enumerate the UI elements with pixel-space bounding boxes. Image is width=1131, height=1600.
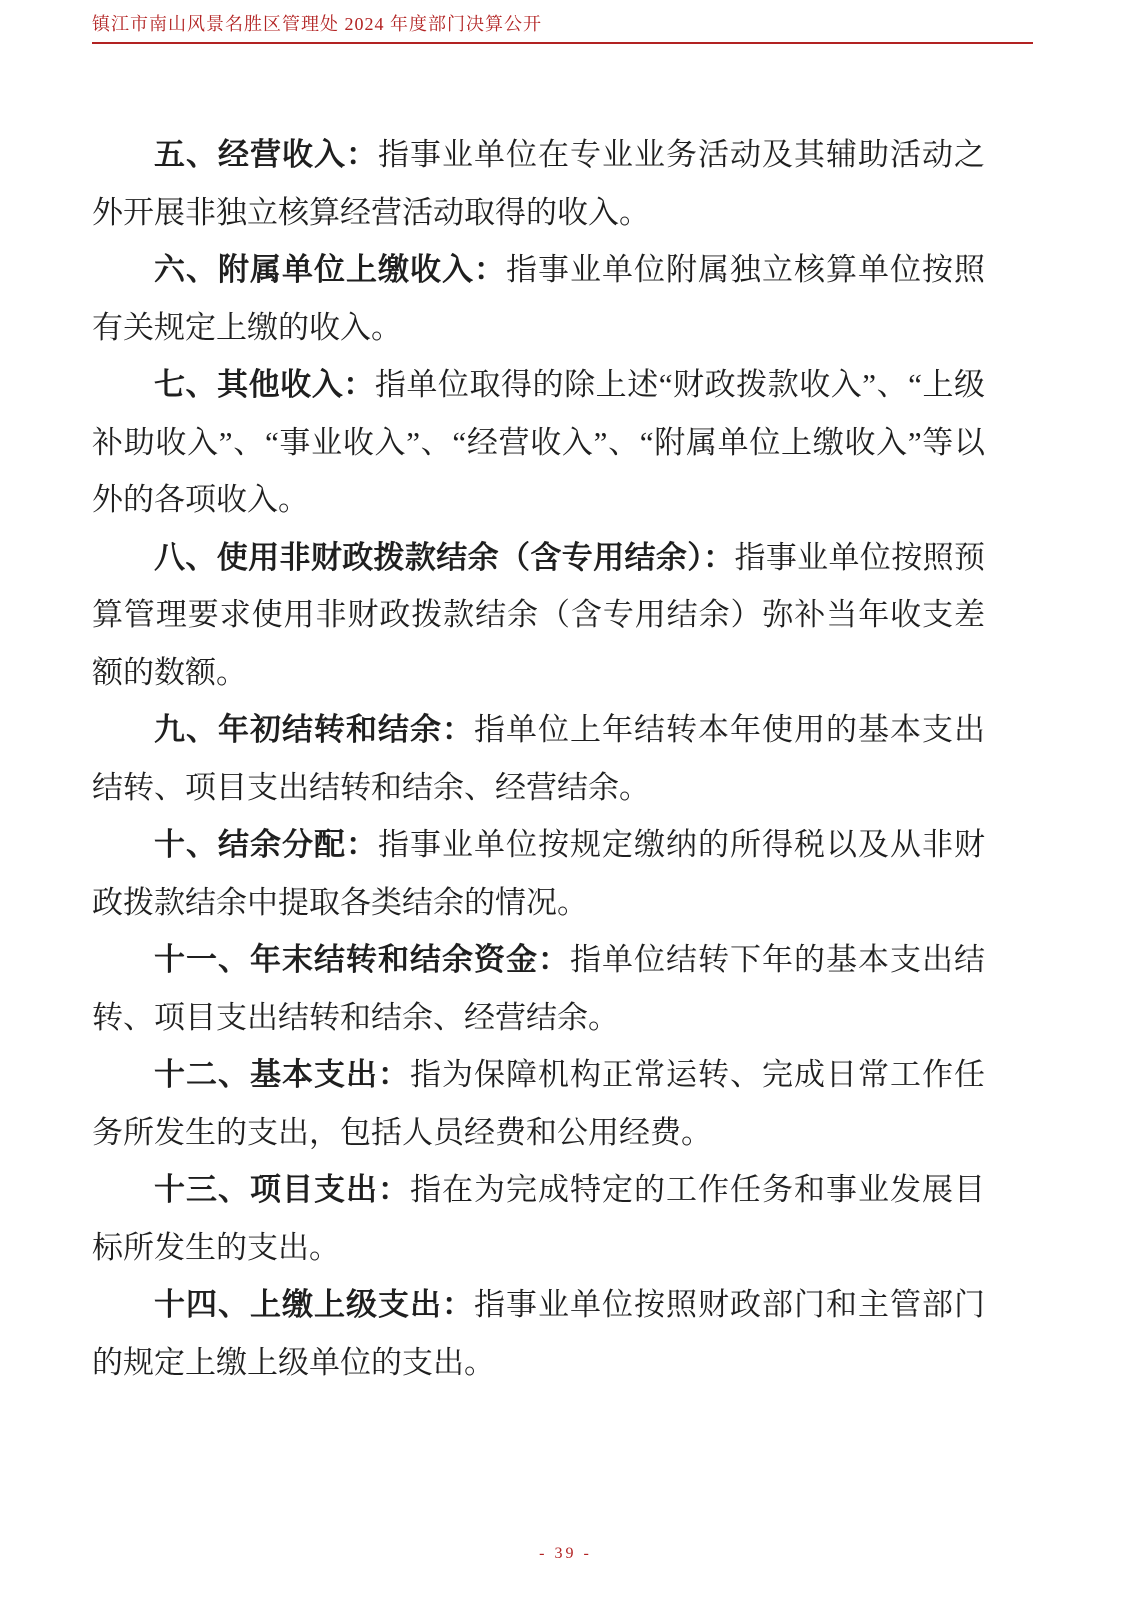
term-label: 十一、年末结转和结余资金： [154, 942, 570, 977]
term-label: 十三、项目支出： [154, 1172, 410, 1207]
term-label: 八、使用非财政拨款结余（含专用结余）： [154, 540, 734, 575]
term-label: 九、年初结转和结余： [154, 712, 474, 747]
term-label: 十四、上缴上级支出： [154, 1287, 474, 1322]
definition-paragraph: 八、使用非财政拨款结余（含专用结余）：指事业单位按照预算管理要求使用非财政拨款结… [92, 529, 985, 702]
definition-paragraph: 十三、项目支出：指在为完成特定的工作任务和事业发展目标所发生的支出。 [92, 1161, 985, 1276]
page-number: - 39 - [539, 1545, 592, 1562]
definition-paragraph: 十一、年末结转和结余资金：指单位结转下年的基本支出结转、项目支出结转和结余、经营… [92, 931, 985, 1046]
term-label: 六、附属单位上缴收入： [154, 252, 506, 287]
definition-paragraph: 十二、基本支出：指为保障机构正常运转、完成日常工作任务所发生的支出，包括人员经费… [92, 1046, 985, 1161]
document-page: 镇江市南山风景名胜区管理处 2024 年度部门决算公开 五、经营收入：指事业单位… [0, 0, 1131, 1600]
document-header-title: 镇江市南山风景名胜区管理处 2024 年度部门决算公开 [92, 14, 542, 34]
definition-paragraph: 十、结余分配：指事业单位按规定缴纳的所得税以及从非财政拨款结余中提取各类结余的情… [92, 816, 985, 931]
term-label: 十二、基本支出： [154, 1057, 410, 1092]
term-label: 七、其他收入： [154, 367, 375, 402]
document-body: 五、经营收入：指事业单位在专业业务活动及其辅助活动之外开展非独立核算经营活动取得… [92, 126, 985, 1391]
page-footer: - 39 - [0, 1545, 1131, 1563]
definition-paragraph: 九、年初结转和结余：指单位上年结转本年使用的基本支出结转、项目支出结转和结余、经… [92, 701, 985, 816]
definition-paragraph: 六、附属单位上缴收入：指事业单位附属独立核算单位按照有关规定上缴的收入。 [92, 241, 985, 356]
term-label: 五、经营收入： [154, 137, 378, 172]
definition-paragraph: 七、其他收入：指单位取得的除上述“财政拨款收入”、“上级补助收入”、“事业收入”… [92, 356, 985, 529]
page-header: 镇江市南山风景名胜区管理处 2024 年度部门决算公开 [92, 13, 1033, 44]
definition-paragraph: 十四、上缴上级支出：指事业单位按照财政部门和主管部门的规定上缴上级单位的支出。 [92, 1276, 985, 1391]
definition-paragraph: 五、经营收入：指事业单位在专业业务活动及其辅助活动之外开展非独立核算经营活动取得… [92, 126, 985, 241]
term-label: 十、结余分配： [154, 827, 378, 862]
